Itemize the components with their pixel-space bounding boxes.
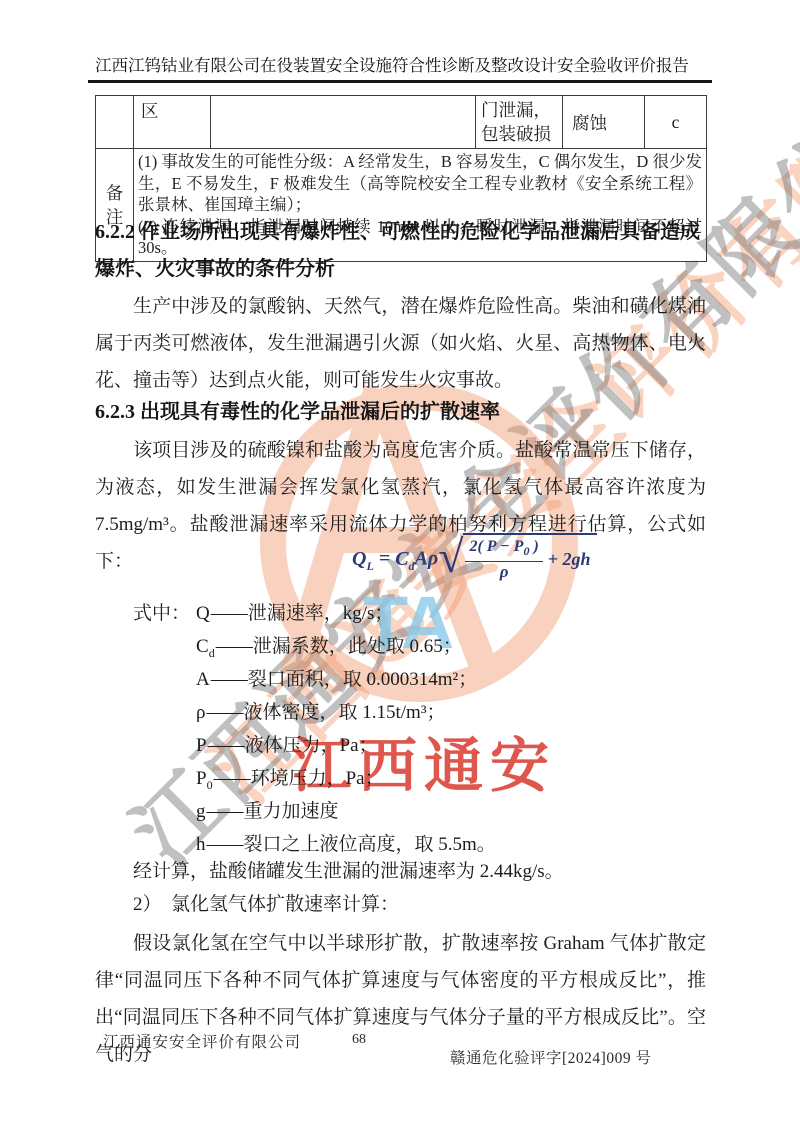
page-header-title: 江西江钨钴业有限公司在役装置安全设施符合性诊断及整改设计安全验收评价报告 xyxy=(95,52,735,76)
table-cell-grade: c xyxy=(645,96,707,149)
table-cell-leak-mode: 门泄漏，包装破损 xyxy=(476,96,563,149)
def-row-g: g——重力加速度 xyxy=(133,795,693,828)
formula-rooted: 2( P − P0 )ρ + 2gh xyxy=(463,533,596,581)
table-row: 区 门泄漏，包装破损 腐蚀 c xyxy=(96,96,707,149)
table-cell-empty xyxy=(211,96,476,149)
header-rule xyxy=(88,80,712,83)
footer-company-name: 江西通安安全评价有限公司 xyxy=(103,1030,301,1052)
def-row-p: P——液体压力，Pa； xyxy=(133,729,693,762)
table-note-line-1: (1) 事故发生的可能性分级：A 经常发生，B 容易发生，C 偶尔发生，D 很少… xyxy=(138,151,702,216)
section-heading-622: 6.2.2 作业场所出现具有爆炸性、可燃性的危险化学品泄漏后具备造成爆炸、火灾事… xyxy=(95,214,710,288)
table-cell-empty xyxy=(96,96,134,149)
footer-document-number: 赣通危化验评字[2024]009 号 xyxy=(450,1046,651,1068)
footer-page-number: 68 xyxy=(352,1032,366,1048)
report-page: 江西通安安全评价有限公司 江西通安安全评价有限公司 TA 江西通安 江西江钨钴业… xyxy=(0,0,800,1122)
formula-definitions: 式中：Q——泄漏速率，kg/s； Cd——泄漏系数，此处取 0.65； A——裂… xyxy=(133,597,693,861)
paragraph-calc-result: 经计算，盐酸储罐发生泄漏的泄漏速率为 2.44kg/s。 xyxy=(95,855,706,888)
table-cell-area: 区 xyxy=(134,96,211,149)
def-row-q: 式中：Q——泄漏速率，kg/s； xyxy=(133,597,693,630)
def-row-rho: ρ——液体密度，取 1.15t/m³； xyxy=(133,696,693,729)
paragraph-explosion-risk: 生产中涉及的氯酸钠、天然气，潜在爆炸危险性高。柴油和磺化煤油属于丙类可燃液体，发… xyxy=(95,288,706,399)
table-cell-cause: 腐蚀 xyxy=(563,96,645,149)
def-row-cd: Cd——泄漏系数，此处取 0.65； xyxy=(133,630,693,663)
formula-lhs: QL xyxy=(352,548,374,570)
formula-arho: Aρ xyxy=(415,548,439,570)
section-heading-623: 6.2.3 出现具有毒性的化学品泄漏后的扩散速率 xyxy=(95,394,710,431)
formula-tail: + 2gh xyxy=(548,549,591,569)
paragraph-item2-title: 2） 氯化氢气体扩散速率计算： xyxy=(95,888,706,921)
def-row-a: A——裂口面积，取 0.000314m²； xyxy=(133,663,693,696)
formula-cd: Cd xyxy=(395,548,414,570)
formula-radical-icon: √ xyxy=(438,534,463,580)
formula-equals: = xyxy=(379,548,390,570)
def-row-p0: P0——环境压力，Pa； xyxy=(133,762,693,795)
bernoulli-formula: QL = CdAρ√2( P − P0 )ρ + 2gh xyxy=(352,536,597,584)
